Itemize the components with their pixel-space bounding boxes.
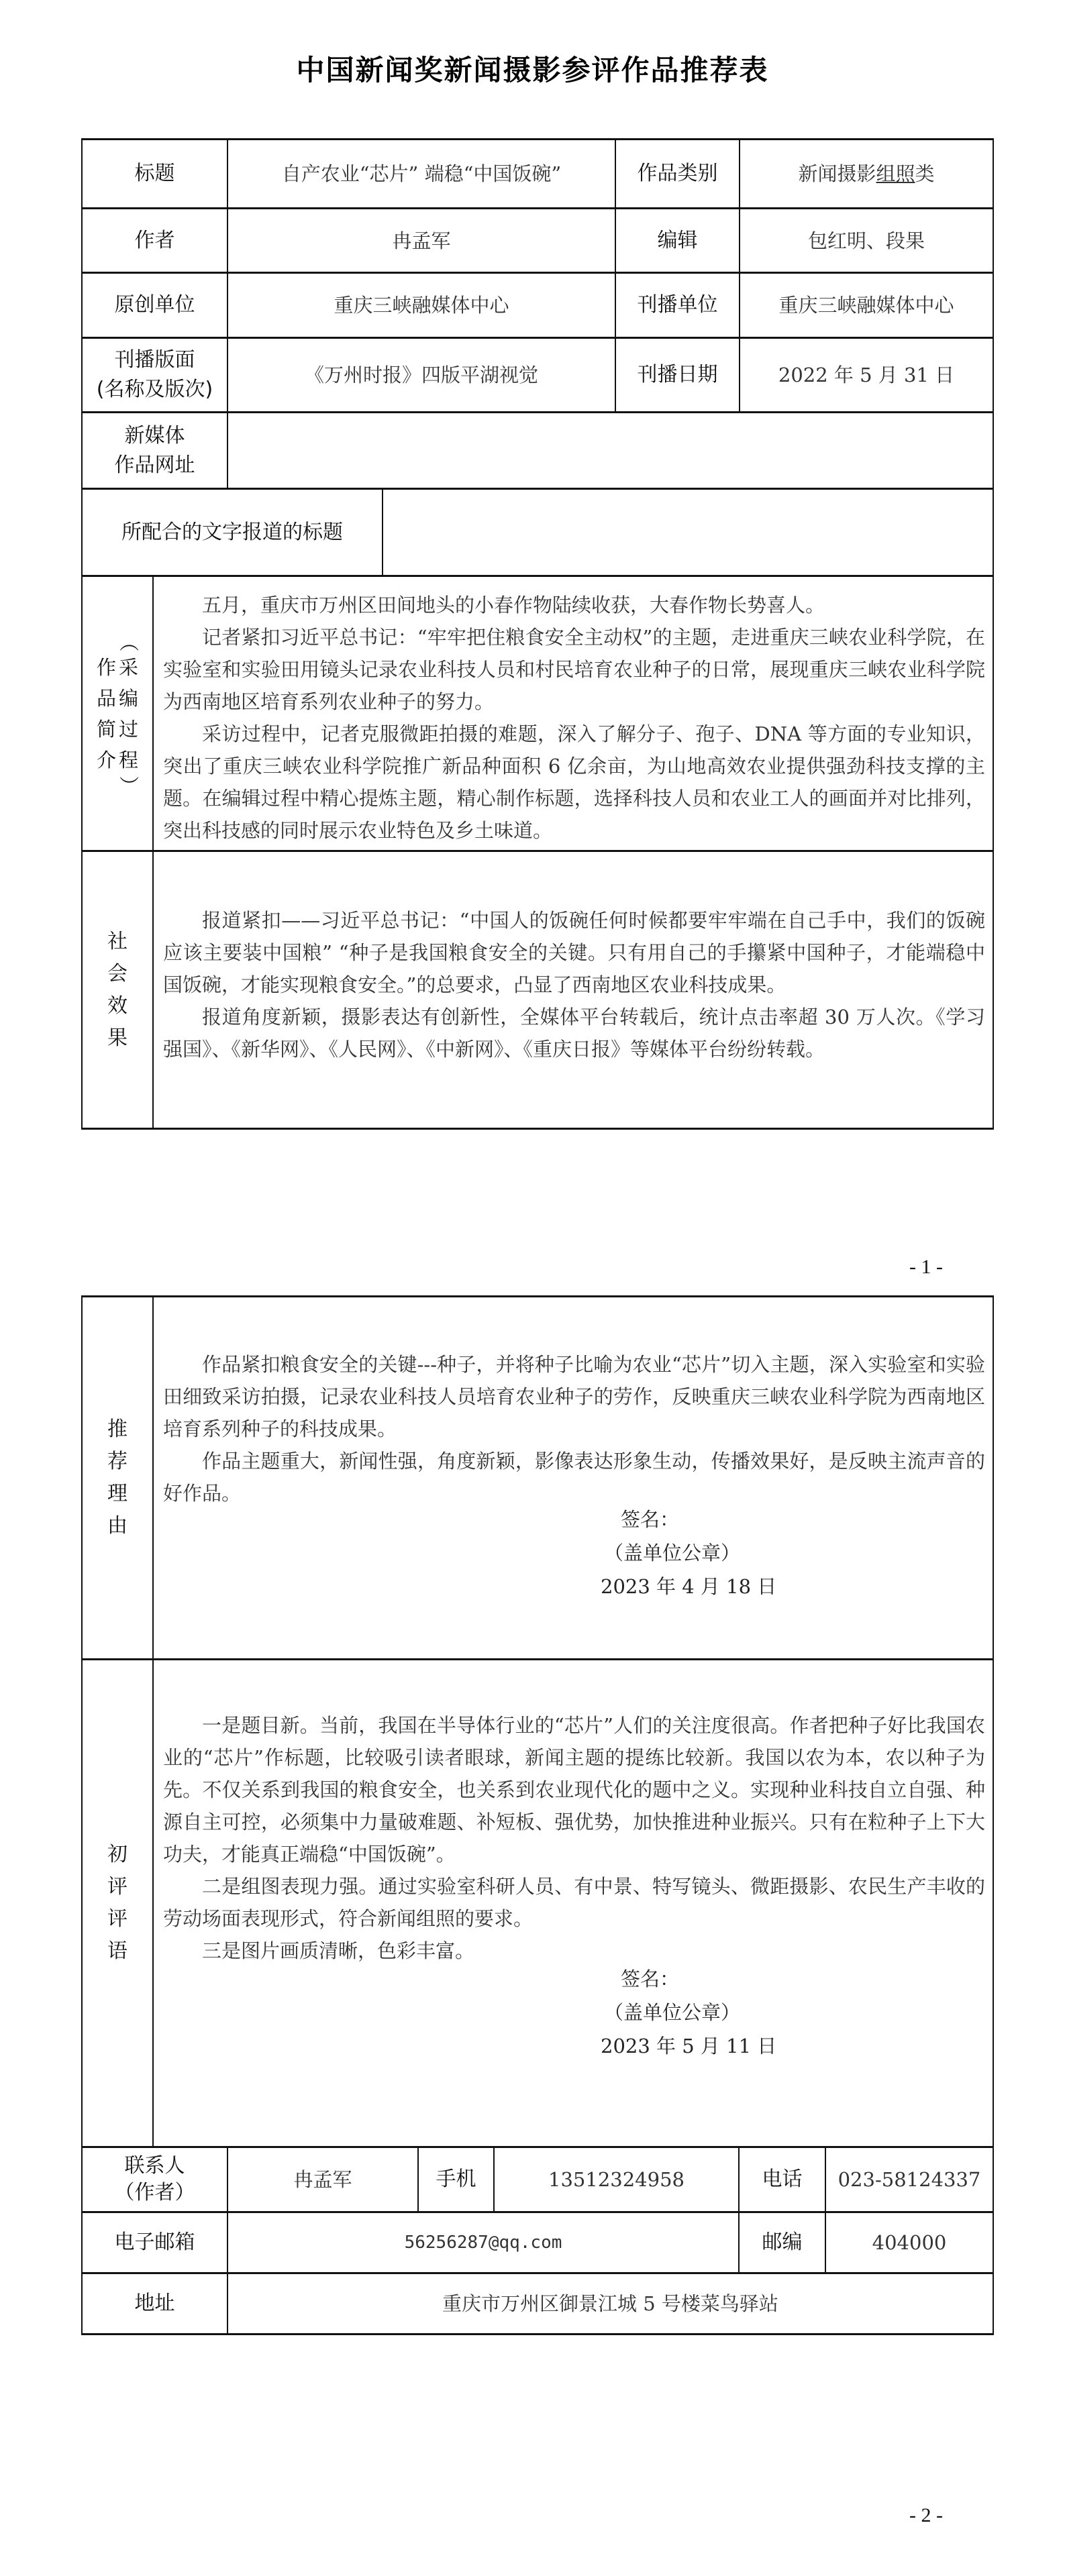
table-border [81,1295,993,1297]
address-value: 重庆市万州区御景江城 5 号楼菜鸟驿站 [228,2274,993,2333]
editor-value: 包红明、段果 [740,209,993,272]
publish-date-label: 刊播日期 [616,339,739,411]
social-effect-paragraph: 报道紧扣——习近平总书记：“中国人的饭碗任何时候都要牢牢端在自己手中，我们的饭碗… [163,904,985,1001]
title-label: 标题 [83,140,227,207]
social-effect-label: 社 会 效 果 [83,852,152,1128]
recommendation-seal-label: （盖单位公章） [604,1536,740,1570]
address-label: 地址 [83,2274,227,2333]
editor-label: 编辑 [616,209,739,272]
intro-label: 作 品 简 介 （ 采 编 过 程 ） [83,577,152,850]
layout-label: 刊播版面 (名称及版次) [83,339,227,411]
mobile-value: 13512324958 [495,2148,738,2211]
table-border [81,2333,993,2335]
publish-unit-value: 重庆三峡融媒体中心 [740,274,993,337]
table-border [152,575,154,1128]
initial-review-seal-label: （盖单位公章） [604,1996,740,2029]
contact-label: 联系人 （作者） [83,2148,227,2211]
mobile-label: 手机 [419,2148,493,2211]
document-title: 中国新闻奖新闻摄影参评作品推荐表 [0,48,1065,89]
table-border [81,1658,993,1660]
category-value-prefix: 新闻摄影 [798,159,876,189]
new-media-value [228,413,993,488]
layout-value: 《万州时报》四版平湖视觉 [228,339,615,411]
initial-review-date: 2023 年 5 月 11 日 [601,2029,776,2063]
initial-review-paragraph: 三是图片画质清晰，色彩丰富。 [163,1935,985,1967]
initial-review-paragraph: 一是题目新。当前，我国在半导体行业的“芯片”人们的关注度很高。作者把种子好比我国… [163,1709,985,1870]
title-value: 自产农业“芯片” 端稳“中国饭碗” [228,140,615,207]
postcode-value: 404000 [826,2213,993,2272]
recommendation-paragraph: 作品主题重大，新闻性强，角度新颖，影像表达形象生动，传播效果好，是反映主流声音的… [163,1445,985,1509]
page-number-1: - 1 - [909,1256,943,1279]
category-value: 新闻摄影组照类 [740,140,993,207]
initial-review-signature-label: 签名： [621,1962,679,1996]
recommendation-label: 推 荐 理 由 [83,1297,152,1658]
page-number-2: - 2 - [909,2504,943,2527]
social-effect-text: 报道紧扣——习近平总书记：“中国人的饭碗任何时候都要牢牢端在自己手中，我们的饭碗… [163,904,985,1065]
intro-text: 五月，重庆市万州区田间地头的小春作物陆续收获，大春作物长势喜人。 记者紧扣习近平… [163,589,985,847]
email-label: 电子邮箱 [83,2213,227,2272]
layout-label-line1: 刊播版面 [115,345,195,375]
initial-review-text: 一是题目新。当前，我国在半导体行业的“芯片”人们的关注度很高。作者把种子好比我国… [163,1709,985,1967]
email-value: 56256287@qq.com [228,2213,738,2272]
social-effect-paragraph: 报道角度新颖，摄影表达有创新性，全媒体平台转载后，统计点击率超 30 万人次。《… [163,1001,985,1065]
table-border [152,1295,154,2147]
intro-paragraph: 采访过程中，记者克服微距拍摄的难题，深入了解分子、孢子、DNA 等方面的专业知识… [163,718,985,847]
category-value-underlined: 组照 [876,159,915,189]
origin-unit-label: 原创单位 [83,274,227,337]
related-text-title-value [383,490,993,575]
layout-label-line2: (名称及版次) [97,375,213,405]
category-value-suffix: 类 [915,159,935,189]
related-text-title-label: 所配合的文字报道的标题 [83,490,382,575]
initial-review-label: 初 评 评 语 [83,1660,152,2146]
category-label: 作品类别 [616,140,739,207]
author-value: 冉孟军 [228,209,615,272]
recommendation-paragraph: 作品紧扣粮食安全的关键---种子，并将种子比喻为农业“芯片”切入主题，深入实验室… [163,1348,985,1445]
postcode-label: 邮编 [740,2213,825,2272]
table-border [81,575,993,577]
origin-unit-value: 重庆三峡融媒体中心 [228,274,615,337]
table-border [81,1128,993,1130]
contact-label-line1: 联系人 [125,2153,185,2180]
author-label: 作者 [83,209,227,272]
contact-label-line2: （作者） [115,2180,195,2206]
contact-value: 冉孟军 [228,2148,417,2211]
new-media-label: 新媒体 作品网址 [83,413,227,488]
recommendation-date: 2023 年 4 月 18 日 [601,1570,776,1603]
table-border [993,1295,994,2335]
recommendation-text: 作品紧扣粮食安全的关键---种子，并将种子比喻为农业“芯片”切入主题，深入实验室… [163,1348,985,1509]
publish-date-value: 2022 年 5 月 31 日 [740,339,993,411]
intro-paragraph: 记者紧扣习近平总书记：“牢牢把住粮食安全主动权”的主题，走进重庆三峡农业科学院，… [163,621,985,718]
phone-value: 023-58124337 [826,2148,993,2211]
initial-review-paragraph: 二是组图表现力强。通过实验室科研人员、有中景、特写镜头、微距摄影、农民生产丰收的… [163,1870,985,1935]
publish-unit-label: 刊播单位 [616,274,739,337]
table-border [81,850,993,852]
table-border [993,138,994,1130]
intro-label-left: 作 品 简 介 [97,652,116,775]
new-media-label-line1: 新媒体 [125,421,185,451]
recommendation-signature-label: 签名： [621,1503,679,1536]
phone-label: 电话 [740,2148,825,2211]
new-media-label-line2: 作品网址 [115,451,195,480]
intro-label-right: （ 采 编 过 程 ） [119,632,138,796]
intro-paragraph: 五月，重庆市万州区田间地头的小春作物陆续收获，大春作物长势喜人。 [163,589,985,621]
